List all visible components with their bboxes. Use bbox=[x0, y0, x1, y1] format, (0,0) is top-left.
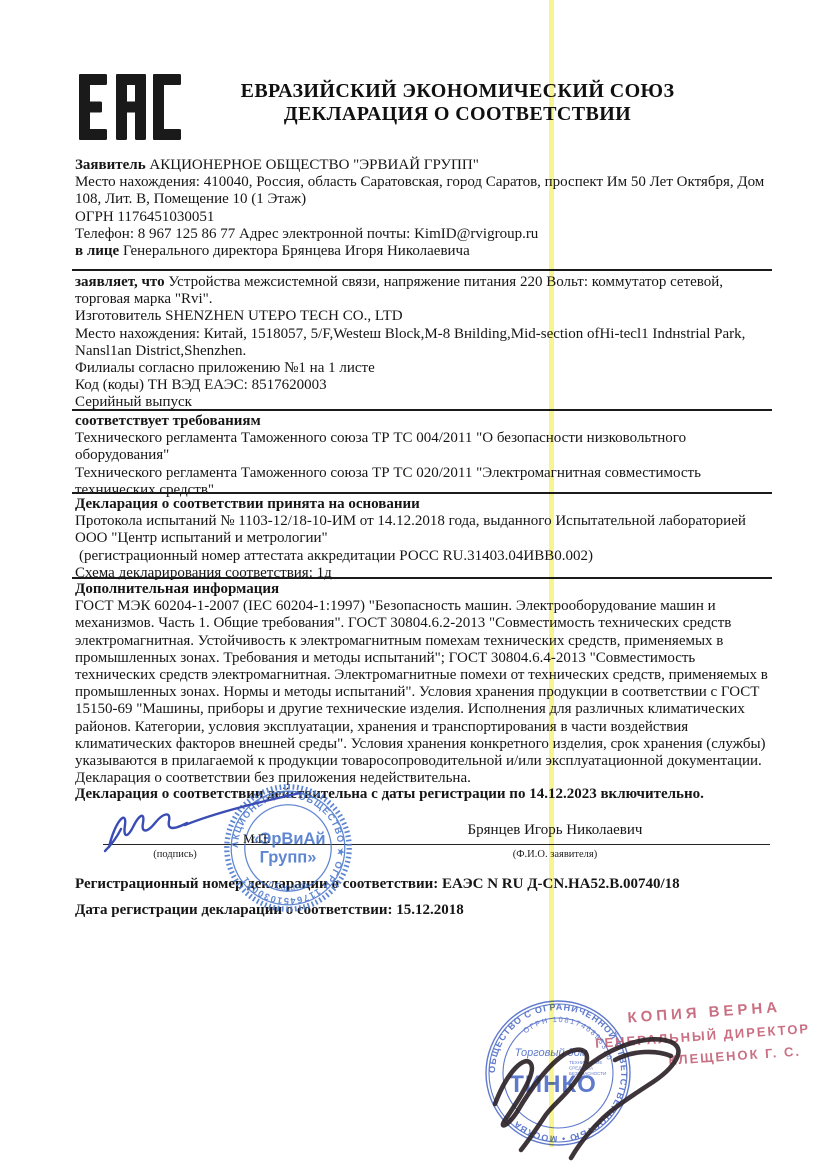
manufacturer: Изготовитель SHENZHEN UTEPO TECH CO., LT… bbox=[75, 308, 772, 325]
basis-scheme: Схема декларирования соответствия: 1д bbox=[75, 565, 772, 582]
manufacturer-address: Место нахождения: Китай, 1518057, 5/F,We… bbox=[75, 326, 772, 360]
applicant-phone: Телефон: 8 967 125 86 77 Адрес электронн… bbox=[75, 226, 772, 243]
applicant-fio: Брянцев Игорь Николаевич bbox=[420, 822, 690, 839]
title-doc-type: ДЕКЛАРАЦИЯ О СООТВЕТСТВИИ bbox=[185, 103, 730, 126]
tnved-code: Код (коды) ТН ВЭД ЕАЭС: 8517620003 bbox=[75, 377, 772, 394]
rvi-stamp-city: г. Саратов bbox=[267, 878, 309, 892]
section-additional: Дополнительная информация ГОСТ МЭК 60204… bbox=[75, 581, 772, 787]
applicant-representative: в лице Генерального директора Брянцева И… bbox=[75, 243, 772, 260]
section-compliance: соответствует требованиям Технического р… bbox=[75, 413, 772, 499]
eac-logo-icon bbox=[79, 74, 184, 140]
applicant-ogrn: ОГРН 1176451030051 bbox=[75, 209, 772, 226]
applicant-address: Место нахождения: 410040, Россия, област… bbox=[75, 174, 772, 208]
divider-2 bbox=[72, 409, 772, 411]
fio-caption: (Ф.И.О. заявителя) bbox=[455, 849, 655, 860]
additional-text: ГОСТ МЭК 60204-1-2007 (IEC 60204-1:1997)… bbox=[75, 598, 772, 787]
compliance-reg1: Технического регламента Таможенного союз… bbox=[75, 430, 772, 464]
branches: Филиалы согласно приложению №1 на 1 лист… bbox=[75, 360, 772, 377]
director-signature bbox=[465, 1012, 775, 1162]
divider-4 bbox=[72, 577, 772, 579]
document-title: ЕВРАЗИЙСКИЙ ЭКОНОМИЧЕСКИЙ СОЮЗ ДЕКЛАРАЦИ… bbox=[185, 80, 730, 126]
section-applicant: Заявитель АКЦИОНЕРНОЕ ОБЩЕСТВО "ЭРВИАЙ Г… bbox=[75, 157, 772, 260]
compliance-label: соответствует требованиям bbox=[75, 413, 772, 430]
additional-label: Дополнительная информация bbox=[75, 581, 772, 598]
basis-accreditation: (регистрационный номер аттестата аккреди… bbox=[75, 548, 772, 565]
basis-label: Декларация о соответствии принята на осн… bbox=[75, 496, 772, 513]
svg-text:г. Саратов: г. Саратов bbox=[267, 878, 309, 892]
declaration-document: ЕВРАЗИЙСКИЙ ЭКОНОМИЧЕСКИЙ СОЮЗ ДЕКЛАРАЦИ… bbox=[0, 0, 823, 1164]
basis-protocol: Протокола испытаний № 1103-12/18-10-ИМ о… bbox=[75, 513, 772, 547]
product-declaration: заявляет, что Устройства межсистемной св… bbox=[75, 274, 772, 308]
applicant-line: Заявитель АКЦИОНЕРНОЕ ОБЩЕСТВО "ЭРВИАЙ Г… bbox=[75, 157, 772, 174]
registration-number: Регистрационный номер декларации о соотв… bbox=[75, 876, 785, 893]
divider-1 bbox=[72, 269, 772, 271]
yellow-highlight-line bbox=[549, 0, 554, 1147]
handwritten-signature bbox=[95, 785, 345, 865]
registration-date: Дата регистрации декларации о соответств… bbox=[75, 902, 785, 919]
title-union: ЕВРАЗИЙСКИЙ ЭКОНОМИЧЕСКИЙ СОЮЗ bbox=[185, 80, 730, 103]
divider-3 bbox=[72, 492, 772, 494]
section-product: заявляет, что Устройства межсистемной св… bbox=[75, 274, 772, 412]
section-basis: Декларация о соответствии принята на осн… bbox=[75, 496, 772, 582]
